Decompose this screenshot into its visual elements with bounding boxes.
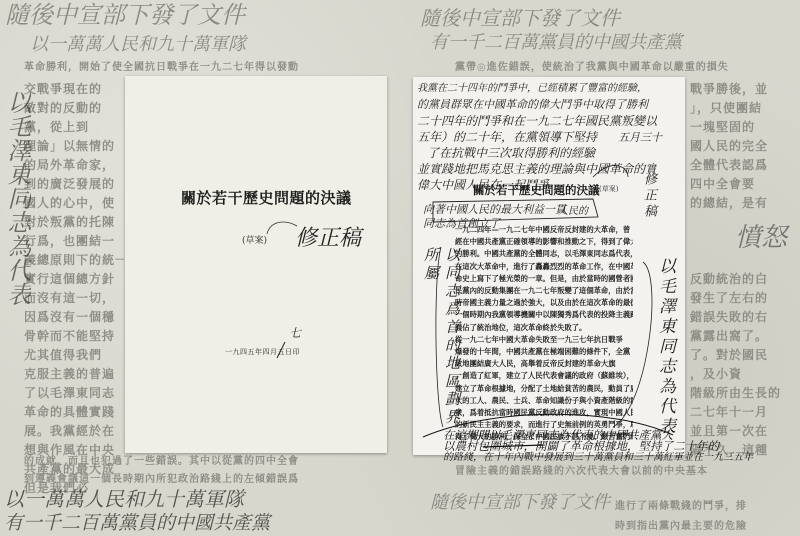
right-margin-annotation: 以毛澤東同志為代表 [653, 257, 678, 447]
left-margin-annotation: 以同志爲首的地區劃界所屬 [421, 247, 463, 437]
bg-left-vertical-handwriting: 以毛澤東同志為代表 [0, 90, 35, 470]
handwritten-revision-note: 修正稿 [295, 221, 361, 252]
bg-printed-line-top-2: 黨帶◎進佐錯誤，使統治了我黨與中國革命以嚴重的損失 [455, 58, 729, 77]
bg-printed-line-bottom-right-3: 時到指出黨內最主要的危險 [615, 517, 747, 536]
bg-handwriting-bottom-right: 隨後中宣部下發了文件 [430, 490, 610, 516]
bg-handwriting-top-2: 以一萬萬人民和九十萬軍隊 [30, 32, 246, 58]
handwritten-date-correction: 七 [289, 324, 301, 341]
bg-printed-line-top-1: 革命勝利，開始了使全國抗日戰爭在一九二七年得以發動 [24, 58, 299, 77]
bg-handwriting-top-right-2: 有一千二百萬黨員的中國共產黨 [430, 30, 682, 56]
print-date: 一九四五年四月五日印 [225, 347, 300, 357]
document-page-annotated-draft: 我黨在二十四年的鬥爭中，已經積累了豐富的經驗， 的黨員群眾在中國革命的偉大鬥爭中… [413, 77, 685, 455]
bottom-handwritten-insertion: 在這期間以毛澤東同志為代表的中國共產黨人 以農村包圍城市，開闢了革命根據地，堅持… [443, 430, 753, 463]
document-page-draft-cover: 關於若干歷史問題的決議 (草案) 修正稿 七 一九四五年四月五日印 [125, 76, 387, 453]
bg-handwriting-top-right: 隨後中宣部下發了文件 [420, 5, 620, 31]
bg-printed-line-bottom-right-2: 進行了兩條戰綫的鬥爭，排 [615, 497, 747, 516]
revision-arrow-icon [125, 76, 387, 453]
bg-left-column: 交戰爭現在的 敵對的反動的 黨，從上到 理論」以無情的 的局外革命家， 到的廣泛… [24, 80, 124, 498]
bg-handwriting-top: 隨後中宣部下發了文件 [5, 2, 245, 28]
bg-right-column: 戰爭勝後，並 」，只使團結 一塊堅固的 國人民的完全 全體代表認爲 四中全會要 … [690, 80, 800, 213]
bg-handwriting-bottom-1: 以一萬萬人民和九十萬軍隊 [4, 486, 244, 512]
bg-printed-line-bottom-1: 的成就，而且也犯過了一些錯誤。其中以從黨的四中全會 [24, 452, 299, 471]
bg-printed-line-bottom-right-1: 冒險主義的錯誤路綫的六次代表大會以前的中央基本 [455, 462, 708, 481]
bg-handwriting-right: 憤怒 [735, 225, 787, 251]
bg-handwriting-bottom-2: 有一千二百萬黨員的中國共產黨 [4, 510, 270, 536]
